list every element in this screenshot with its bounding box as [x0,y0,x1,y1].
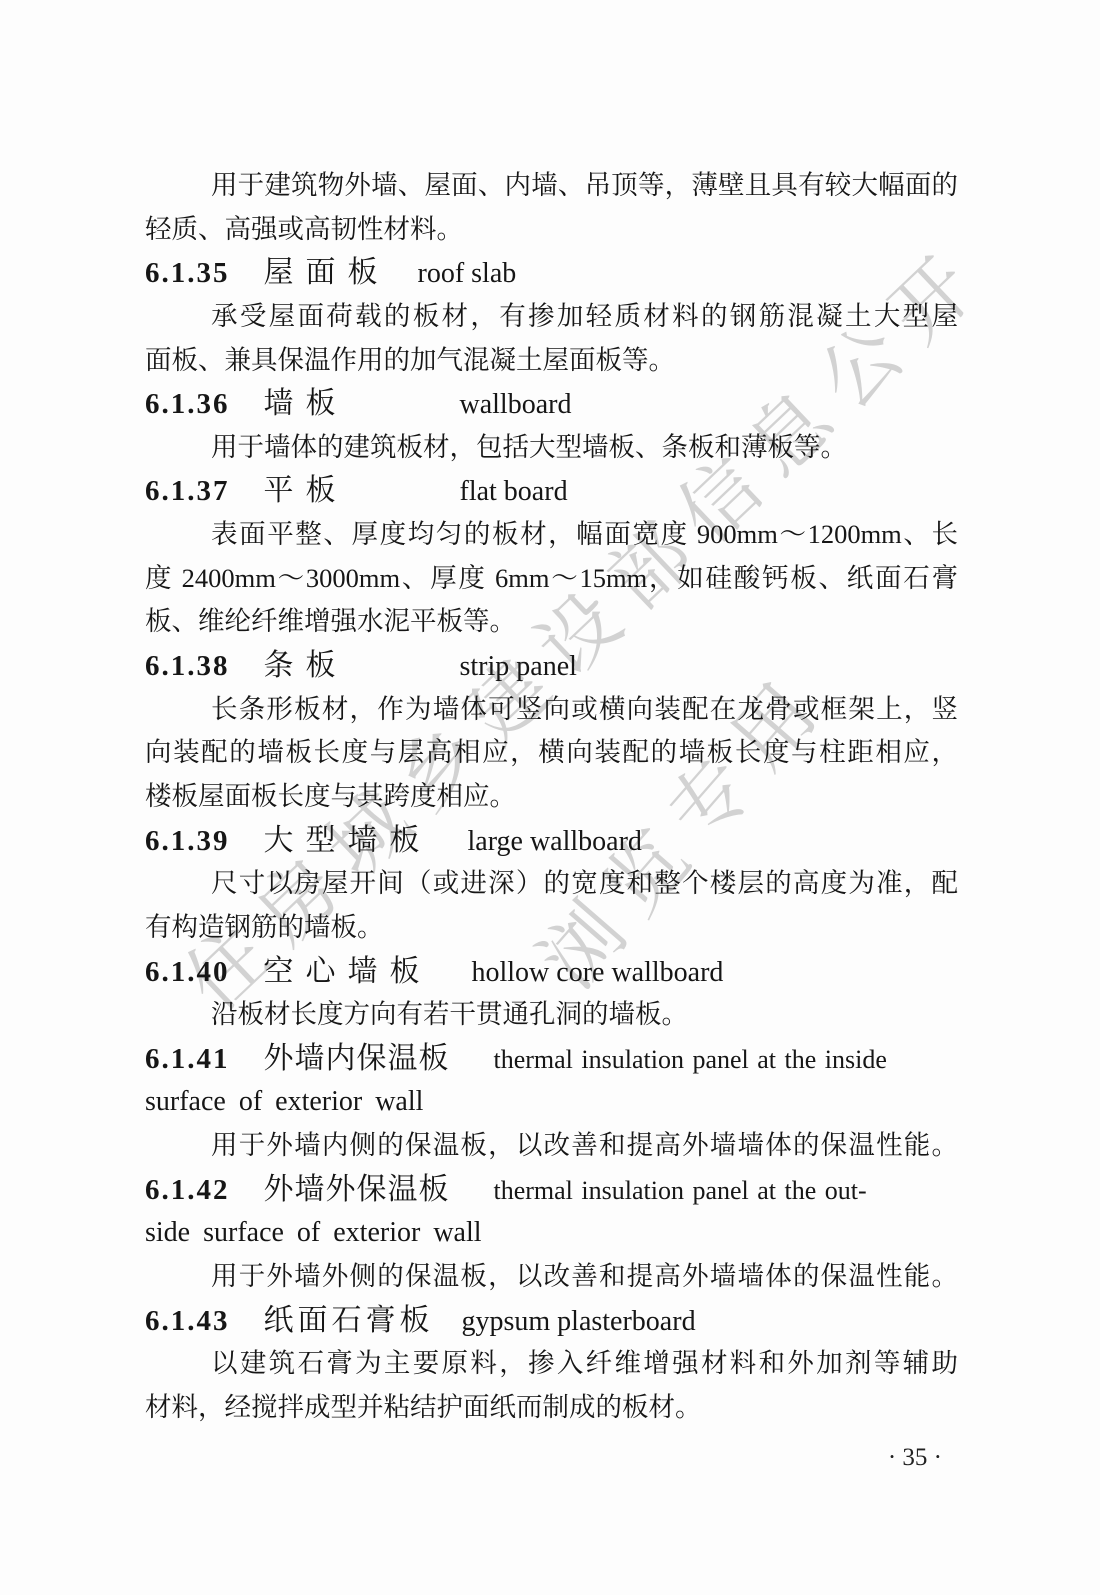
term-entry: 6.1.38条板strip panel [145,644,958,688]
body-line: 用于外墙内侧的保温板，以改善和提高外墙墙体的保温性能。 [145,1124,958,1168]
body-line: 面板、兼具保温作用的加气混凝土屋面板等。 [145,339,958,383]
term-number: 6.1.40 [145,956,230,988]
term-number: 6.1.42 [145,1174,230,1206]
term-number: 6.1.35 [145,257,230,289]
body-line: 尺寸以房屋开间（或进深）的宽度和整个楼层的高度为准，配 [145,862,958,906]
term-english: gypsum plasterboard [462,1306,696,1337]
body-line: 轻质、高强或高韧性材料。 [145,208,958,252]
term-chinese: 屋面板 [264,256,390,289]
term-chinese: 外墙外保温板 [264,1173,450,1206]
term-number: 6.1.41 [145,1043,230,1075]
term-chinese: 大型墙板 [264,824,432,857]
term-entry: 6.1.41外墙内保温板thermal insulation panel at … [145,1037,958,1081]
body-line: 度 2400mm～3000mm、厚度 6mm～15mm，如硅酸钙板、纸面石膏 [145,557,958,601]
term-english: wallboard [460,389,572,420]
term-chinese: 空心墙板 [264,955,432,988]
page-number: · 35 · [145,1436,958,1480]
term-number: 6.1.43 [145,1305,230,1337]
body-line: 用于墙体的建筑板材，包括大型墙板、条板和薄板等。 [145,426,958,470]
term-chinese: 平板 [264,474,348,507]
term-english: thermal insulation panel at the inside [494,1045,887,1074]
term-entry: 6.1.40空心墙板hollow core wallboard [145,950,958,994]
body-line: 用于外墙外侧的保温板，以改善和提高外墙墙体的保温性能。 [145,1255,958,1299]
term-number: 6.1.39 [145,825,230,857]
body-line: 板、维纶纤维增强水泥平板等。 [145,600,958,644]
term-entry: 6.1.36墙板wallboard [145,382,958,426]
term-english: flat board [460,476,568,507]
term-entry: 6.1.43纸面石膏板gypsum plasterboard [145,1299,958,1343]
body-line: 有构造钢筋的墙板。 [145,906,958,950]
term-chinese: 外墙内保温板 [264,1042,450,1075]
term-number: 6.1.38 [145,650,230,682]
term-chinese: 纸面石膏板 [264,1304,434,1337]
scanned-document-page: { "page": { "background": "#fdfdfd", "te… [0,0,1100,1595]
body-line: 长条形板材，作为墙体可竖向或横向装配在龙骨或框架上，竖 [145,688,958,732]
term-number: 6.1.36 [145,388,230,420]
body-line: 材料，经搅拌成型并粘结护面纸而制成的板材。 [145,1386,958,1430]
term-chinese: 条板 [264,649,348,682]
term-number: 6.1.37 [145,475,230,507]
term-english: hollow core wallboard [472,957,724,988]
document-text: 用于建筑物外墙、屋面、内墙、吊顶等，薄壁且具有较大幅面的轻质、高强或高韧性材料。… [145,164,958,1480]
body-line: 向装配的墙板长度与层高相应，横向装配的墙板长度与柱距相应， [145,731,958,775]
term-entry: 6.1.35屋面板roof slab [145,251,958,295]
body-line: 承受屋面荷载的板材，有掺加轻质材料的钢筋混凝土大型屋 [145,295,958,339]
term-entry: 6.1.39大型墙板large wallboard [145,819,958,863]
term-entry: 6.1.42外墙外保温板thermal insulation panel at … [145,1168,958,1212]
term-entry: 6.1.37平板flat board [145,469,958,513]
term-english-continuation: side surface of exterior wall [145,1211,958,1255]
term-english-continuation: surface of exterior wall [145,1080,958,1124]
body-line: 楼板屋面板长度与其跨度相应。 [145,775,958,819]
term-english: roof slab [418,258,517,289]
term-english: strip panel [460,651,577,682]
body-line: 用于建筑物外墙、屋面、内墙、吊顶等，薄壁且具有较大幅面的 [145,164,958,208]
term-chinese: 墙板 [264,387,348,420]
body-line: 表面平整、厚度均匀的板材，幅面宽度 900mm～1200mm、长 [145,513,958,557]
body-line: 沿板材长度方向有若干贯通孔洞的墙板。 [145,993,958,1037]
term-english: large wallboard [468,826,642,857]
term-english: thermal insulation panel at the out- [494,1176,867,1205]
body-line: 以建筑石膏为主要原料，掺入纤维增强材料和外加剂等辅助 [145,1342,958,1386]
